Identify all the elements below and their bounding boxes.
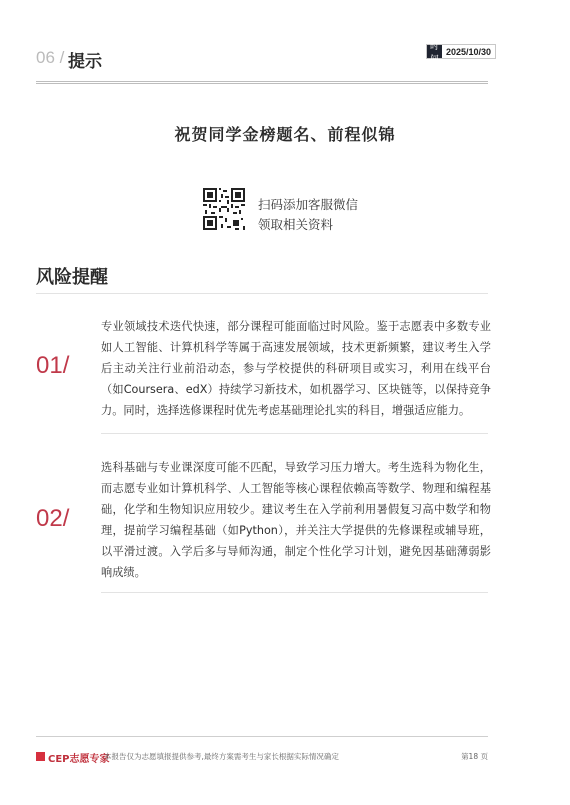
risk-item-number: 01/	[36, 352, 69, 380]
page-footer: CEP志愿专家 本报告仅为志愿填报提供参考,最终方案需考生与家长根据实际情况确定…	[36, 750, 488, 764]
risk-item-divider	[101, 433, 488, 434]
page-header: 06 / 提示 时间 2025/10/30	[36, 44, 488, 74]
congrats-headline: 祝贺同学金榜题名、前程似锦	[0, 122, 570, 145]
date-label: 时间	[427, 45, 442, 58]
footer-disclaimer: 本报告仅为志愿填报提供参考,最终方案需考生与家长根据实际情况确定	[104, 751, 339, 762]
date-value: 2025/10/30	[442, 45, 495, 58]
footer-divider	[36, 736, 488, 737]
header-divider-secondary	[36, 83, 488, 84]
page-number: 第18 页	[461, 751, 488, 762]
risk-item-number: 02/	[36, 505, 69, 533]
date-badge: 时间 2025/10/30	[426, 44, 496, 59]
brand-name: CEP志愿专家	[48, 750, 110, 765]
qr-caption: 扫码添加客服微信 领取相关资料	[258, 195, 358, 235]
risk-title-divider	[36, 293, 488, 294]
risk-item-text: 专业领域技术迭代快速，部分课程可能面临过时风险。鉴于志愿表中多数专业如人工智能、…	[101, 316, 491, 421]
section-title: 提示	[68, 47, 102, 72]
section-number: 06 /	[36, 48, 64, 68]
qr-code-icon	[203, 188, 245, 230]
qr-caption-line1: 扫码添加客服微信	[258, 195, 358, 215]
brand-logo-icon	[36, 752, 45, 761]
risk-item-divider	[101, 592, 488, 593]
qr-caption-line2: 领取相关资料	[258, 215, 358, 235]
risk-section-title: 风险提醒	[36, 263, 108, 289]
risk-item-text: 选科基础与专业课深度可能不匹配，导致学习压力增大。考生选科为物化生，而志愿专业如…	[101, 457, 491, 583]
header-divider	[36, 81, 488, 82]
